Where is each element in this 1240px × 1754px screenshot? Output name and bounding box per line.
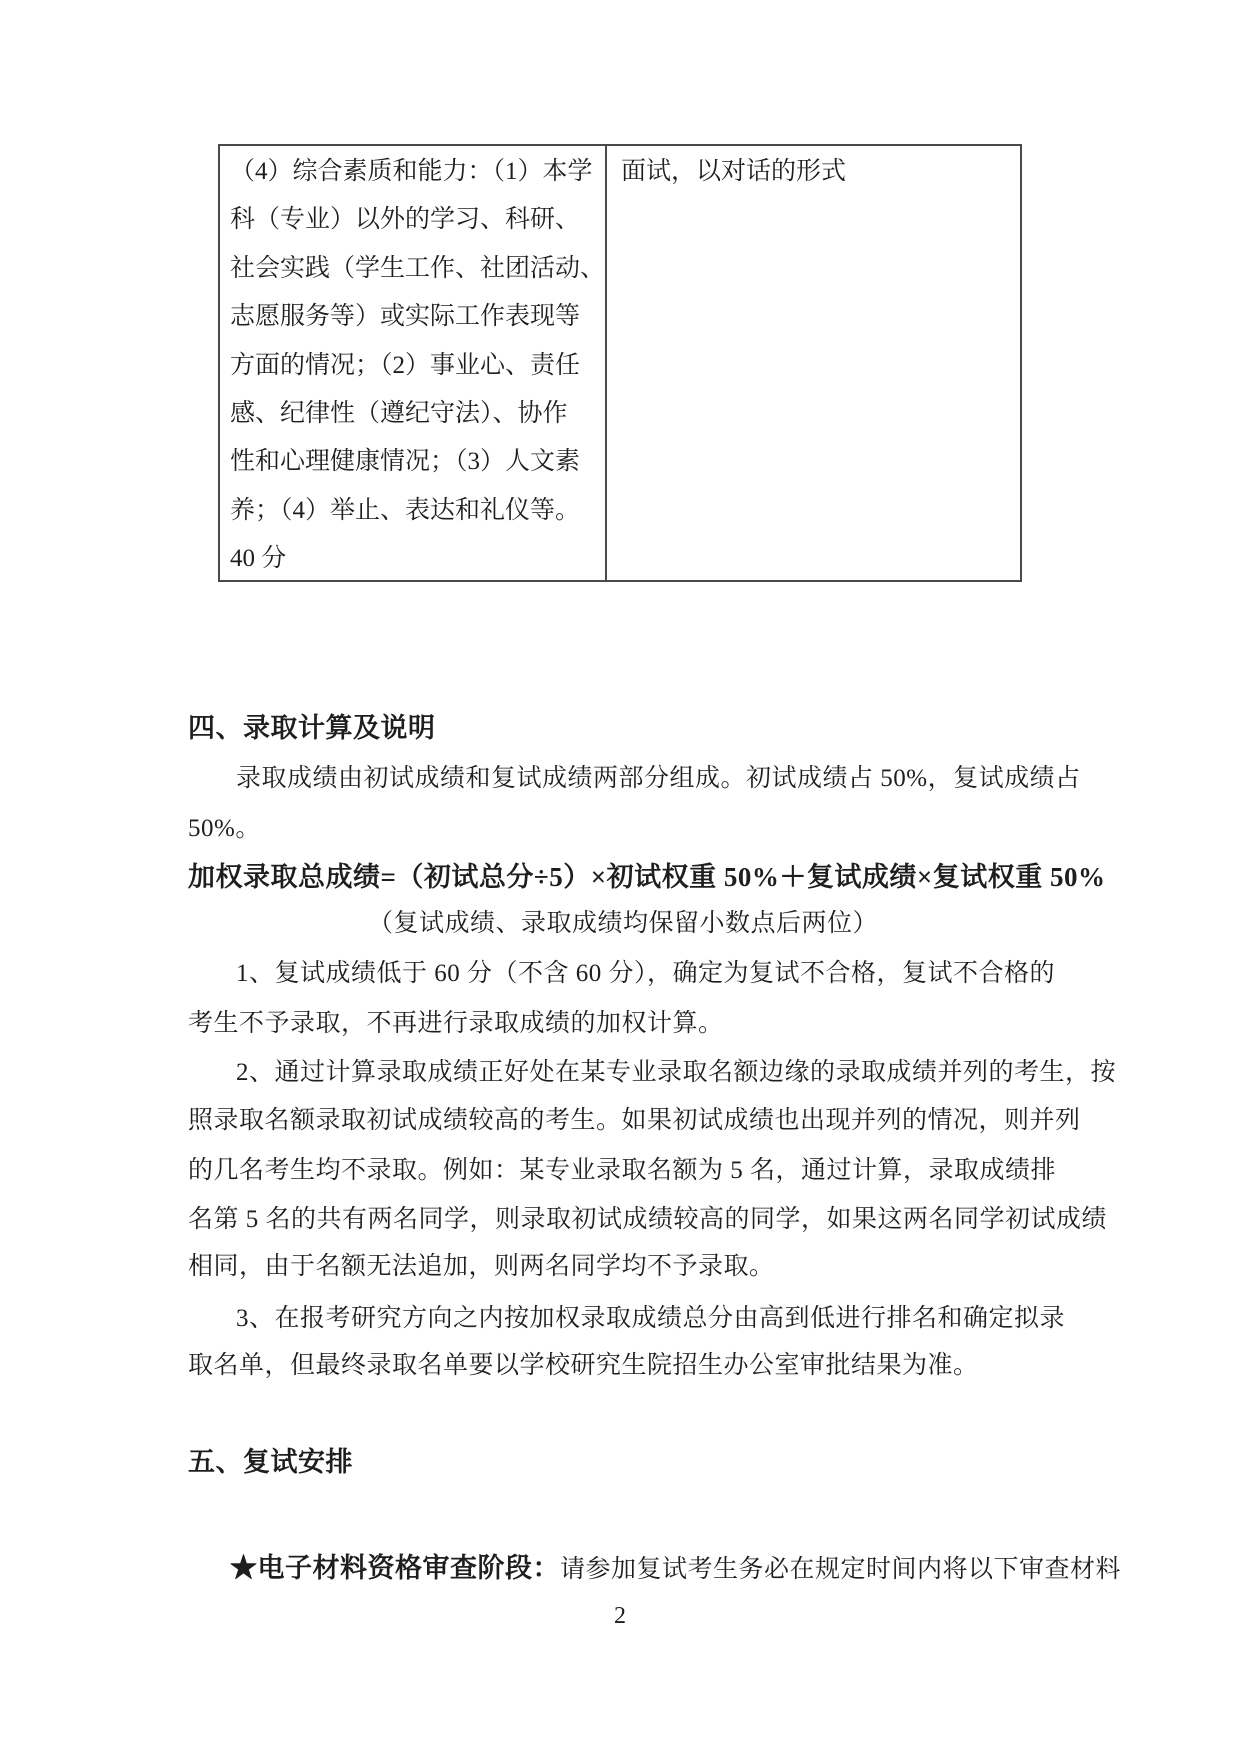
section5-heading: 五、复试安排 xyxy=(188,1446,353,1478)
criteria-line: 养；（4）举止、表达和礼仪等。 xyxy=(230,487,601,535)
criteria-line: 志愿服务等）或实际工作表现等 xyxy=(230,293,601,341)
formula-note: （复试成绩、录取成绩均保留小数点后两位） xyxy=(188,908,1058,940)
rule1-line: 1、复试成绩低于 60 分（不含 60 分），确定为复试不合格，复试不合格的 xyxy=(236,958,1055,990)
page-number: 2 xyxy=(0,1600,1240,1632)
rule3-line: 取名单，但最终录取名单要以学校研究生院招生办公室审批结果为准。 xyxy=(188,1350,979,1382)
criteria-line: 社会实践（学生工作、社团活动、 xyxy=(230,245,601,293)
rule1-line: 考生不予录取，不再进行录取成绩的加权计算。 xyxy=(188,1008,724,1040)
materials-review-label: ★电子材料资格审查阶段： xyxy=(230,1553,560,1583)
rule2-line: 的几名考生均不录取。例如：某专业录取名额为 5 名，通过计算，录取成绩排 xyxy=(188,1155,1056,1187)
section4-para1-line: 50%。 xyxy=(188,813,261,845)
rule2-line: 名第 5 名的共有两名同学，则录取初试成绩较高的同学，如果这两名同学初试成绩 xyxy=(188,1204,1107,1236)
criteria-line: 科（专业）以外的学习、科研、 xyxy=(230,196,601,244)
criteria-line: 性和心理健康情况；（3）人文素 xyxy=(230,438,601,486)
rule3-line: 3、在报考研究方向之内按加权录取成绩总分由高到低进行排名和确定拟录 xyxy=(236,1303,1065,1335)
criteria-line: 感、纪律性（遵纪守法）、协作 xyxy=(230,390,601,438)
table-cell-criteria: （4）综合素质和能力：（1）本学 科（专业）以外的学习、科研、 社会实践（学生工… xyxy=(220,146,607,580)
rule2-line: 相同，由于名额无法追加，则两名同学均不予录取。 xyxy=(188,1251,775,1283)
criteria-score-line: 40 分 xyxy=(230,535,601,583)
interview-format-text: 面试，以对话的形式 xyxy=(621,148,1016,196)
criteria-line: （4）综合素质和能力：（1）本学 xyxy=(230,148,601,196)
materials-review-text: 请参加复试考生务必在规定时间内将以下审查材料 xyxy=(560,1556,1121,1583)
document-page: （4）综合素质和能力：（1）本学 科（专业）以外的学习、科研、 社会实践（学生工… xyxy=(0,0,1240,1754)
table-cell-format: 面试，以对话的形式 xyxy=(607,146,1020,580)
rule2-line: 照录取名额录取初试成绩较高的考生。如果初试成绩也出现并列的情况，则并列 xyxy=(188,1105,1081,1137)
materials-review-line: ★电子材料资格审查阶段：请参加复试考生务必在规定时间内将以下审查材料 xyxy=(230,1552,1121,1586)
section4-heading: 四、录取计算及说明 xyxy=(188,712,436,744)
weighted-score-formula: 加权录取总成绩=（初试总分÷5）×初试权重 50%＋复试成绩×复试权重 50% xyxy=(188,861,1105,893)
evaluation-table: （4）综合素质和能力：（1）本学 科（专业）以外的学习、科研、 社会实践（学生工… xyxy=(218,144,1022,582)
criteria-line: 方面的情况；（2）事业心、责任 xyxy=(230,342,601,390)
section4-para1-line: 录取成绩由初试成绩和复试成绩两部分组成。初试成绩占 50%，复试成绩占 xyxy=(236,763,1081,795)
rule2-line: 2、通过计算录取成绩正好处在某专业录取名额边缘的录取成绩并列的考生，按 xyxy=(236,1057,1116,1089)
